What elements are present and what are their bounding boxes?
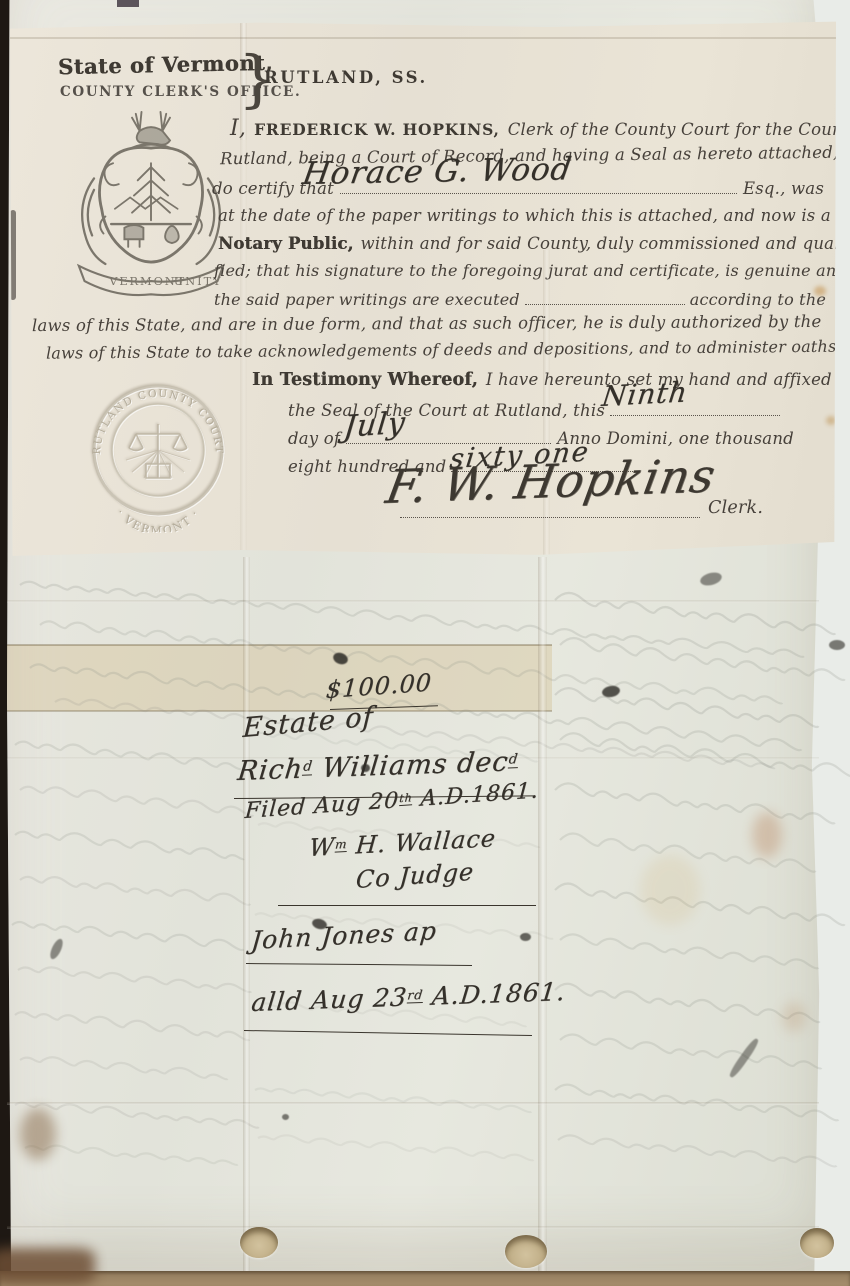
certificate-line-6: fied; that his signature to the foregoin… <box>214 261 850 280</box>
stain <box>20 1108 56 1160</box>
name-superscript: d <box>508 751 519 768</box>
certificate-sheet: State of Vermont, COUNTY CLERK'S OFFICE.… <box>10 20 836 557</box>
bleed-through-stroke <box>560 934 818 968</box>
bleed-through-stroke <box>555 984 820 1022</box>
clerk-name: FREDERICK W. HOPKINS, <box>254 120 500 139</box>
edge-speck <box>117 0 139 7</box>
drop-initial: I, <box>230 116 246 141</box>
clerk-signature: F. W. Hopkins <box>382 448 720 514</box>
bleed-through-stroke <box>555 783 835 823</box>
testimony-lead: In Testimony Whereof, <box>252 370 478 390</box>
ink-blot <box>520 933 531 941</box>
rule-line <box>278 905 536 906</box>
bleed-through-stroke <box>25 1146 238 1165</box>
notary-public-label: Notary Public, <box>218 234 354 253</box>
signature-dotted-line <box>400 517 700 518</box>
fold-crease <box>7 1226 819 1229</box>
certificate-line-8: laws of this State, and are in due form,… <box>32 312 822 335</box>
bleed-through-stroke <box>18 967 251 992</box>
judge-part: W <box>308 832 336 862</box>
punch-hole <box>240 1227 278 1258</box>
body-text: within and for said County, duly commiss… <box>361 234 850 253</box>
rust-stain <box>782 1002 806 1032</box>
stain <box>640 855 700 925</box>
bleed-through-stroke <box>560 1035 822 1069</box>
bleed-through-stroke <box>558 1135 837 1166</box>
clerk-label: Clerk. <box>708 498 763 518</box>
bleed-through-stroke <box>15 1012 249 1040</box>
name-part: Rich <box>236 754 305 787</box>
fill-in-blank <box>525 288 685 305</box>
bleed-through-stroke <box>15 742 241 769</box>
handwritten-month: July <box>342 405 407 445</box>
ink-blot <box>361 764 370 772</box>
fold-crease <box>7 600 819 603</box>
body-text: Clerk of the County Court for the County… <box>508 120 850 139</box>
testimony-line-1: In Testimony Whereof, I have hereunto se… <box>252 370 832 390</box>
handwritten-certified-name: Horace G. Wood <box>300 151 575 192</box>
allowed-part: A.D.1861. <box>422 977 568 1011</box>
bleed-through-stroke <box>20 787 253 816</box>
body-text: the Seal of the Court at Rutland, this <box>288 401 605 420</box>
punch-hole <box>505 1235 547 1268</box>
fold-crease <box>10 37 836 39</box>
filed-superscript: th <box>399 791 413 806</box>
certificate-line-9: laws of this State to take acknowledgeme… <box>46 336 850 362</box>
bleed-through-stroke <box>20 877 250 905</box>
certificate-line-4: at the date of the paper writings to whi… <box>218 206 831 225</box>
fold-crease <box>7 1102 819 1105</box>
body-text: according to the <box>690 290 826 309</box>
document-photo: $100.00 Estate of Richd Williams decd Fi… <box>0 0 850 1286</box>
bleed-through-stroke <box>20 1057 228 1079</box>
body-text: Anno Domini, one thousand <box>557 429 794 448</box>
svg-text:· VERMONT ·: · VERMONT · <box>114 506 202 532</box>
certificate-line-7: the said paper writings are executed acc… <box>214 288 826 309</box>
handwritten-day: Ninth <box>600 375 690 413</box>
table-surface <box>0 1271 850 1286</box>
embossed-court-seal: RUTLAND COUNTY COURT · VERMONT · <box>78 372 238 532</box>
body-text: the said paper writings are executed <box>214 290 520 309</box>
ink-blot <box>829 640 845 650</box>
certificate-line-5: Notary Public, within and for said Count… <box>218 234 850 253</box>
seal-scales-icon <box>126 424 190 478</box>
county-header: RUTLAND, SS. <box>264 68 428 87</box>
body-text: Esq., was <box>743 179 824 198</box>
fold-crease <box>243 557 250 1271</box>
rust-spot <box>826 416 836 425</box>
certificate-line-1: I, FREDERICK W. HOPKINS, Clerk of the Co… <box>230 116 850 141</box>
allowed-superscript: rd <box>407 987 425 1004</box>
body-text: day of <box>288 429 340 448</box>
bleed-through-stroke <box>560 733 850 776</box>
seal-ring-bottom-text: · VERMONT · <box>114 506 202 532</box>
bleed-through-stroke <box>258 1135 534 1160</box>
corner-shadow <box>0 1248 95 1284</box>
ink-blot <box>282 1114 289 1120</box>
bleed-through-stroke <box>20 582 804 657</box>
bleed-through-stroke <box>15 832 244 859</box>
bleed-through-stroke <box>12 922 244 950</box>
punch-hole <box>800 1228 834 1258</box>
bleed-through-stroke <box>255 1088 531 1112</box>
fold-crease <box>538 557 547 1271</box>
rust-stain <box>752 812 782 858</box>
allowed-part: alld Aug 23 <box>250 982 409 1017</box>
bleed-through-stroke <box>560 638 845 680</box>
bleed-through-stroke <box>555 688 818 727</box>
